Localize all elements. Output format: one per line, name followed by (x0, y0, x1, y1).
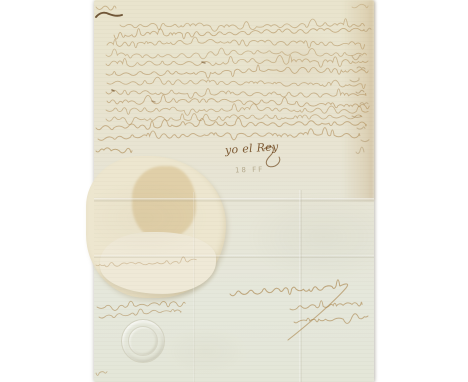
blind-embossed-seal (121, 319, 165, 363)
photo-background: yo el Rey 18 FF (0, 0, 468, 382)
manuscript-letter: yo el Rey 18 FF (94, 0, 374, 382)
seal-inner-ring (128, 326, 158, 356)
pencil-annotation: 18 FF (235, 165, 264, 174)
